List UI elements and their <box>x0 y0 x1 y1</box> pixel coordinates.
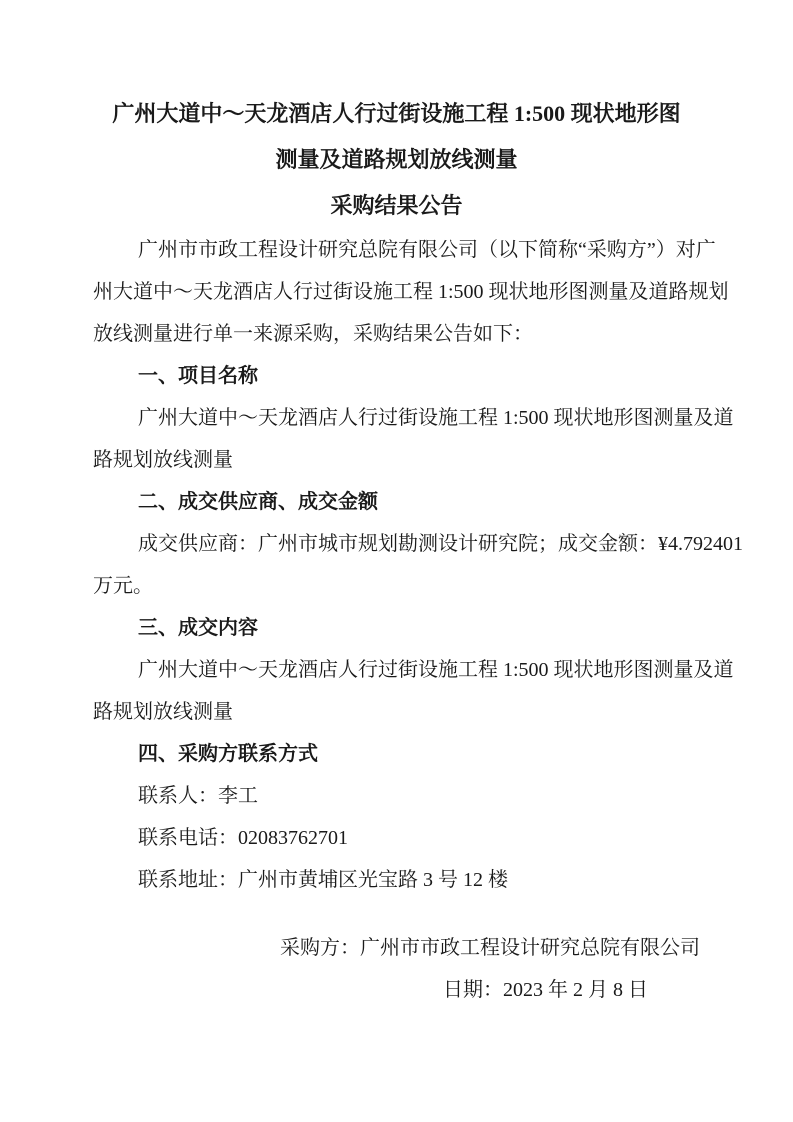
section-3-body-line-2: 路规划放线测量 <box>93 691 700 733</box>
document-title-block: 广州大道中～天龙酒店人行过街设施工程 1:500 现状地形图 测量及道路规划放线… <box>93 91 700 229</box>
section-1-heading: 一、项目名称 <box>93 355 700 397</box>
intro-paragraph-line-2: 州大道中～天龙酒店人行过街设施工程 1:500 现状地形图测量及道路规划 <box>93 271 700 313</box>
signature-block: 采购方：广州市市政工程设计研究总院有限公司 日期：2023 年 2 月 8 日 <box>93 927 700 1011</box>
document-title-line-2: 测量及道路规划放线测量 <box>93 137 700 183</box>
document-page: 广州大道中～天龙酒店人行过街设施工程 1:500 现状地形图 测量及道路规划放线… <box>0 0 793 1122</box>
intro-paragraph-line-3: 放线测量进行单一来源采购，采购结果公告如下： <box>93 313 700 355</box>
document-body: 广州市市政工程设计研究总院有限公司（以下简称“采购方”）对广 州大道中～天龙酒店… <box>93 229 700 901</box>
signature-date: 日期：2023 年 2 月 8 日 <box>93 969 700 1011</box>
section-1-body-line-1: 广州大道中～天龙酒店人行过街设施工程 1:500 现状地形图测量及道 <box>93 397 700 439</box>
contact-address-line: 联系地址：广州市黄埔区光宝路 3 号 12 楼 <box>93 859 700 901</box>
section-3-heading: 三、成交内容 <box>93 607 700 649</box>
intro-paragraph-line-1: 广州市市政工程设计研究总院有限公司（以下简称“采购方”）对广 <box>93 229 700 271</box>
signature-purchaser: 采购方：广州市市政工程设计研究总院有限公司 <box>93 927 700 969</box>
section-1-body-line-2: 路规划放线测量 <box>93 439 700 481</box>
section-2-body-line-2: 万元。 <box>93 565 700 607</box>
contact-person-line: 联系人：李工 <box>93 775 700 817</box>
document-subtitle: 采购结果公告 <box>93 183 700 229</box>
section-3-body-line-1: 广州大道中～天龙酒店人行过街设施工程 1:500 现状地形图测量及道 <box>93 649 700 691</box>
section-2-heading: 二、成交供应商、成交金额 <box>93 481 700 523</box>
section-2-body-line-1: 成交供应商：广州市城市规划勘测设计研究院；成交金额：¥4.792401 <box>93 523 700 565</box>
section-4-heading: 四、采购方联系方式 <box>93 733 700 775</box>
contact-phone-line: 联系电话：02083762701 <box>93 817 700 859</box>
document-title-line-1: 广州大道中～天龙酒店人行过街设施工程 1:500 现状地形图 <box>93 91 700 137</box>
